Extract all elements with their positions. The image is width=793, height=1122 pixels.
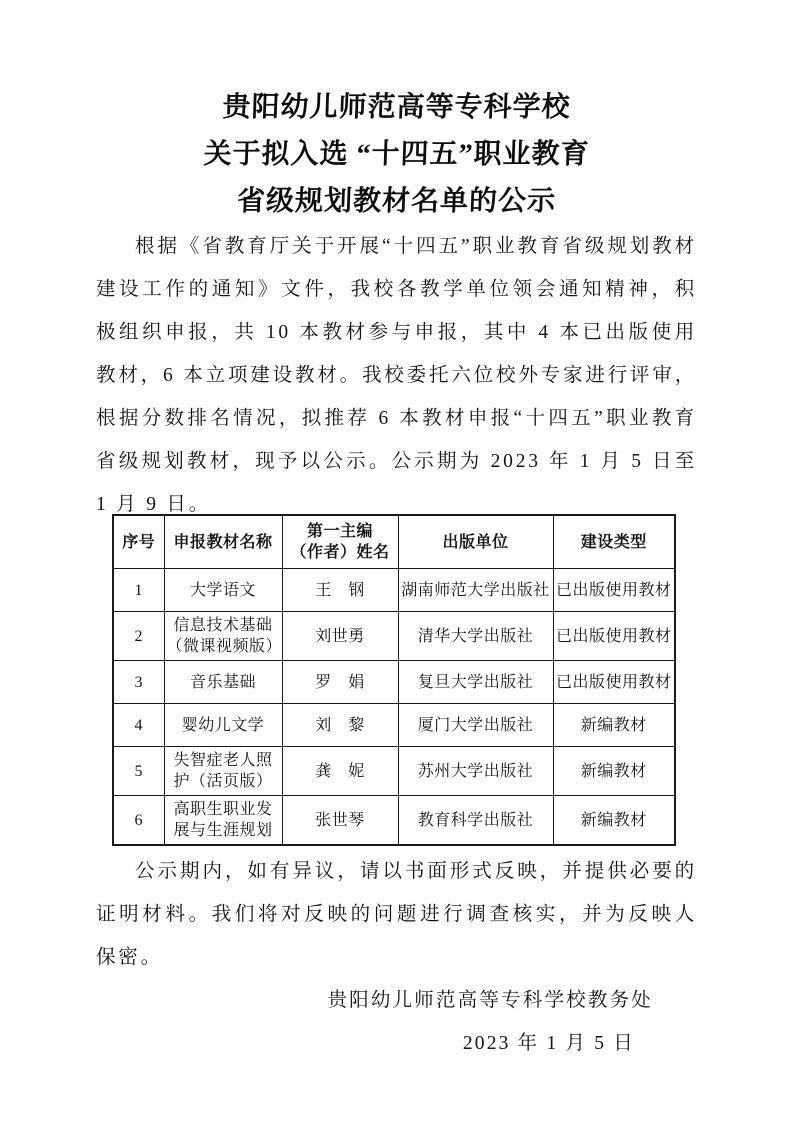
- textbook-table: 序号 申报教材名称 第一主编 （作者）姓名 出版单位 建设类型 1 大学语文 王…: [112, 514, 676, 846]
- table-row: 2 信息技术基础（微课视频版） 刘世勇 清华大学出版社 已出版使用教材: [113, 612, 675, 661]
- cell-construction-type: 已出版使用教材: [553, 661, 675, 704]
- cell-first-editor: 龚 妮: [282, 747, 398, 796]
- title-line-3: 省级规划教材名单的公示: [95, 178, 698, 225]
- cell-index: 3: [113, 661, 164, 704]
- cell-index: 1: [113, 569, 164, 612]
- paragraph-intro: 根据《省教育厅关于开展“十四五”职业教育省级规划教材建设工作的通知》文件，我校各…: [96, 225, 697, 526]
- title-line-2: 关于拟入选 “十四五”职业教育: [95, 131, 698, 178]
- cell-index: 2: [113, 612, 164, 661]
- signature-line: 贵阳幼儿师范高等专科学校教务处: [96, 979, 697, 1022]
- cell-index: 6: [113, 796, 164, 846]
- cell-textbook-name: 高职生职业发展与生涯规划: [164, 796, 282, 846]
- cell-first-editor: 刘 黎: [282, 704, 398, 747]
- cell-construction-type: 新编教材: [553, 704, 675, 747]
- cell-publisher: 厦门大学出版社: [398, 704, 553, 747]
- cell-index: 4: [113, 704, 164, 747]
- cell-publisher: 清华大学出版社: [398, 612, 553, 661]
- col-header-construction-type: 建设类型: [553, 515, 675, 569]
- cell-construction-type: 已出版使用教材: [553, 569, 675, 612]
- cell-construction-type: 已出版使用教材: [553, 612, 675, 661]
- cell-publisher: 湖南师范大学出版社: [398, 569, 553, 612]
- cell-index: 5: [113, 747, 164, 796]
- cell-first-editor: 王 钢: [282, 569, 398, 612]
- cell-first-editor: 张世琴: [282, 796, 398, 846]
- col-header-publisher: 出版单位: [398, 515, 553, 569]
- col-header-first-editor: 第一主编 （作者）姓名: [282, 515, 398, 569]
- table-row: 1 大学语文 王 钢 湖南师范大学出版社 已出版使用教材: [113, 569, 675, 612]
- cell-publisher: 教育科学出版社: [398, 796, 553, 846]
- title-line-1: 贵阳幼儿师范高等专科学校: [95, 84, 698, 131]
- table-row: 5 失智症老人照护（活页版） 龚 妮 苏州大学出版社 新编教材: [113, 747, 675, 796]
- cell-construction-type: 新编教材: [553, 796, 675, 846]
- table-row: 3 音乐基础 罗 娟 复旦大学出版社 已出版使用教材: [113, 661, 675, 704]
- table-row: 4 婴幼儿文学 刘 黎 厦门大学出版社 新编教材: [113, 704, 675, 747]
- paragraph-objection: 公示期内，如有异议，请以书面形式反映，并提供必要的证明材料。我们将对反映的问题进…: [96, 850, 697, 979]
- document-title: 贵阳幼儿师范高等专科学校 关于拟入选 “十四五”职业教育 省级规划教材名单的公示: [96, 84, 697, 225]
- cell-textbook-name: 失智症老人照护（活页版）: [164, 747, 282, 796]
- date-line: 2023 年 1 月 5 日: [96, 1022, 697, 1065]
- cell-textbook-name: 信息技术基础（微课视频版）: [164, 612, 282, 661]
- cell-first-editor: 罗 娟: [282, 661, 398, 704]
- cell-textbook-name: 音乐基础: [164, 661, 282, 704]
- table-row: 6 高职生职业发展与生涯规划 张世琴 教育科学出版社 新编教材: [113, 796, 675, 846]
- cell-publisher: 苏州大学出版社: [398, 747, 553, 796]
- cell-textbook-name: 婴幼儿文学: [164, 704, 282, 747]
- cell-textbook-name: 大学语文: [164, 569, 282, 612]
- cell-construction-type: 新编教材: [553, 747, 675, 796]
- cell-first-editor: 刘世勇: [282, 612, 398, 661]
- document-page: 贵阳幼儿师范高等专科学校 关于拟入选 “十四五”职业教育 省级规划教材名单的公示…: [0, 0, 793, 1122]
- cell-publisher: 复旦大学出版社: [398, 661, 553, 704]
